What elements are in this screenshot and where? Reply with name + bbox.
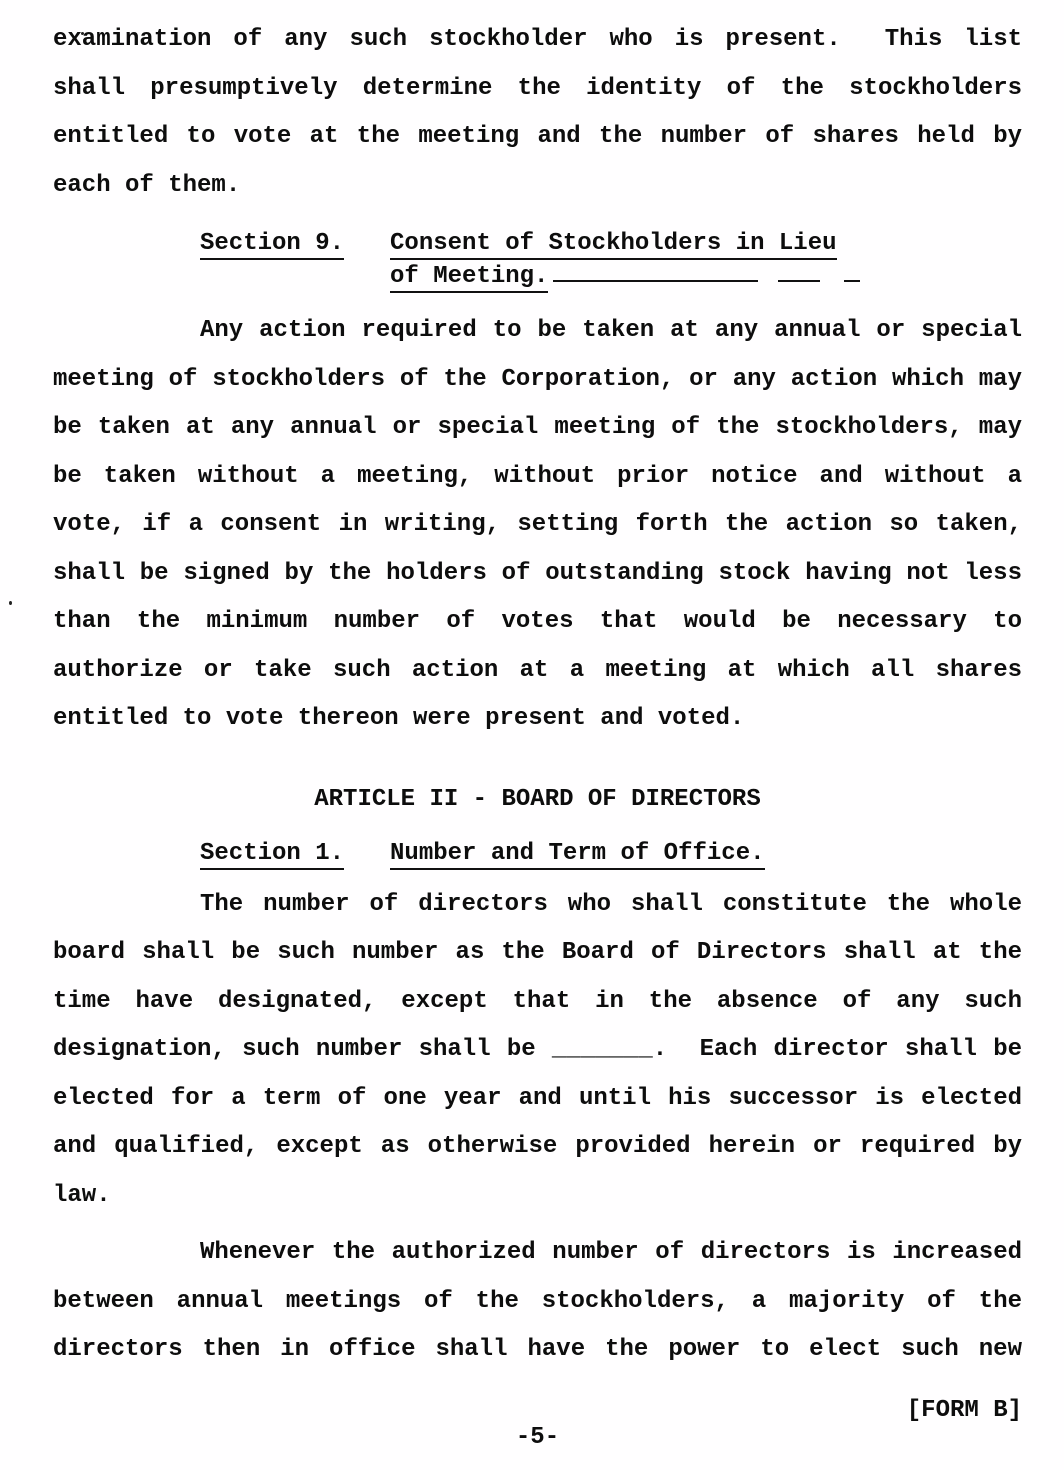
text-line: The number of directors who shall consti… bbox=[53, 881, 1022, 930]
text-line: Whenever the authorized number of direct… bbox=[53, 1229, 1022, 1278]
section-9-title-line-1: Consent of Stockholders in Lieu bbox=[390, 230, 836, 260]
text-line: between annual meetings of the stockhold… bbox=[53, 1278, 1022, 1327]
text-line: directors then in office shall have the … bbox=[53, 1326, 1022, 1375]
paragraph-4: Whenever the authorized number of direct… bbox=[53, 1229, 1022, 1375]
section-9-label: Section 9. bbox=[200, 230, 344, 260]
text-line: be taken without a meeting, without prio… bbox=[53, 453, 1022, 502]
section-9-heading: Section 9. Consent of Stockholders in Li… bbox=[200, 228, 1022, 292]
section-9-title-line-2: of Meeting. bbox=[390, 263, 548, 293]
text-line: authorize or take such action at a meeti… bbox=[53, 647, 1022, 696]
text-line: meeting of stockholders of the Corporati… bbox=[53, 356, 1022, 405]
underline-extension bbox=[778, 259, 820, 282]
article-2-heading: ARTICLE II - BOARD OF DIRECTORS bbox=[53, 785, 1022, 815]
text-line: shall presumptively determine the identi… bbox=[53, 65, 1022, 114]
paragraph-2: Any action required to be taken at any a… bbox=[53, 307, 1022, 744]
text-line: law. bbox=[53, 1172, 1022, 1221]
section-1-label: Section 1. bbox=[200, 840, 344, 870]
section-9-title: Consent of Stockholders in Lieu of Meeti… bbox=[390, 228, 860, 292]
text-line: shall be signed by the holders of outsta… bbox=[53, 550, 1022, 599]
page-content: examination of any such stockholder who … bbox=[0, 0, 1064, 1450]
text-line: than the minimum number of votes that wo… bbox=[53, 598, 1022, 647]
text-line: and qualified, except as otherwise provi… bbox=[53, 1123, 1022, 1172]
section-1-heading: Section 1. Number and Term of Office. bbox=[200, 838, 1022, 869]
scan-speck bbox=[81, 32, 84, 35]
form-label: [FORM B] bbox=[53, 1396, 1022, 1426]
text-line: entitled to vote at the meeting and the … bbox=[53, 113, 1022, 162]
underline-extension bbox=[553, 259, 758, 282]
text-line: elected for a term of one year and until… bbox=[53, 1075, 1022, 1124]
text-line: vote, if a consent in writing, setting f… bbox=[53, 501, 1022, 550]
text-line-with-blank: designation, such number shall be ______… bbox=[53, 1026, 1022, 1075]
paragraph-1: examination of any such stockholder who … bbox=[53, 16, 1022, 210]
text-line: board shall be such number as the Board … bbox=[53, 929, 1022, 978]
paragraph-3: The number of directors who shall consti… bbox=[53, 881, 1022, 1221]
text-line: entitled to vote thereon were present an… bbox=[53, 695, 1022, 744]
underline-extension bbox=[844, 259, 860, 282]
page-number: -5- bbox=[53, 1426, 1022, 1450]
text-line: Any action required to be taken at any a… bbox=[53, 307, 1022, 356]
text-line: be taken at any annual or special meetin… bbox=[53, 404, 1022, 453]
text-line: each of them. bbox=[53, 162, 1022, 211]
scan-speck bbox=[9, 601, 12, 605]
section-1-title: Number and Term of Office. bbox=[390, 840, 764, 870]
document-page: examination of any such stockholder who … bbox=[0, 0, 1064, 1470]
text-line: time have designated, except that in the… bbox=[53, 978, 1022, 1027]
text-line: examination of any such stockholder who … bbox=[53, 16, 1022, 65]
